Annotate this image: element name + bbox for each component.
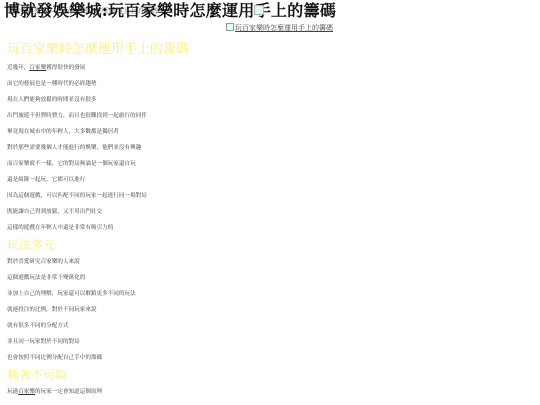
site-title[interactable]: 博就發娛樂城:玩百家樂時怎麼運用手上的籌碼 (4, 1, 336, 21)
baccarat-link[interactable]: 百家樂 (29, 65, 46, 71)
paragraph: 既能讓自己得到放鬆，又不用出門社交 (7, 204, 527, 220)
paragraph: 現在人們能夠放鬆的時間並沒有很多 (7, 92, 527, 108)
paragraph: 也會按照不同比例分配自己手中的籌碼 (7, 350, 527, 366)
paragraph: 而百家樂就不一樣，它的對局無論是一個玩家還自玩 (7, 156, 527, 172)
text: 的玩家一定會知道這個原理 (35, 389, 102, 395)
text: 近幾年， (7, 65, 29, 71)
text: 獲得很快的發展 (46, 65, 85, 71)
paragraph: 對於那些需要幾個人才能進行的娛樂，他們並沒有興趣 (7, 140, 527, 156)
header-image-alt: 玩百家樂時怎麼運用手上的籌碼 (235, 24, 333, 32)
article: 玩百家樂時怎麼運用手上的籌碼 近幾年，百家樂獲得很快的發展 而它的發展也是一種時… (7, 40, 527, 400)
paragraph: 並加上自己的理解，玩家還可以解鎖更多不同的玩法 (7, 286, 527, 302)
paragraph: 這個遊戲玩法是非常千變萬化的 (7, 270, 527, 286)
text: 玩過 (7, 389, 18, 395)
paragraph: 並且同一玩家對於不同的對局 (7, 334, 527, 350)
paragraph: 因為這個遊戲，可以匹配不同的玩家一起進行同一場對局 (7, 188, 527, 204)
paragraph: 這樣的遊戲在年輕人中還是非常有吸引力的 (7, 220, 527, 236)
paragraph: 還是組隊一起玩，它都可以進行 (7, 172, 527, 188)
site-header: 博就發娛樂城 — 玩百家樂時怎麼運用手上的籌碼 博就發娛樂城:玩百家樂時怎麼運用… (4, 0, 540, 36)
paragraph: 玩過百家樂的玩家一定會知道這個原理 (7, 384, 527, 400)
broken-image-icon (254, 5, 264, 15)
paragraph: 對於喜愛研究百家樂的人來說 (7, 254, 527, 270)
paragraph: 出門旅遊不但費時費力，而且也很難找到一起旅行的同伴 (7, 108, 527, 124)
paragraph: 畢竟現在城市中的年輕人，大多數都是獨居者 (7, 124, 527, 140)
section-heading-gameplay: 玩法多元 (7, 236, 527, 254)
paragraph: 而它的發展也是一種時代的必經趨勢 (7, 76, 527, 92)
paragraph: 近幾年，百家樂獲得很快的發展 (7, 60, 527, 76)
section-heading-persistence: 執著不可取 (7, 366, 527, 384)
header-image[interactable]: 玩百家樂時怎麼運用手上的籌碼 (226, 23, 333, 33)
paragraph: 就有很多不同的分配方式 (7, 318, 527, 334)
article-title: 玩百家樂時怎麼運用手上的籌碼 (7, 40, 527, 60)
broken-image-icon (226, 23, 234, 31)
paragraph: 就連投注的比例，對於不同玩家來說 (7, 302, 527, 318)
baccarat-link[interactable]: 百家樂 (18, 389, 35, 395)
